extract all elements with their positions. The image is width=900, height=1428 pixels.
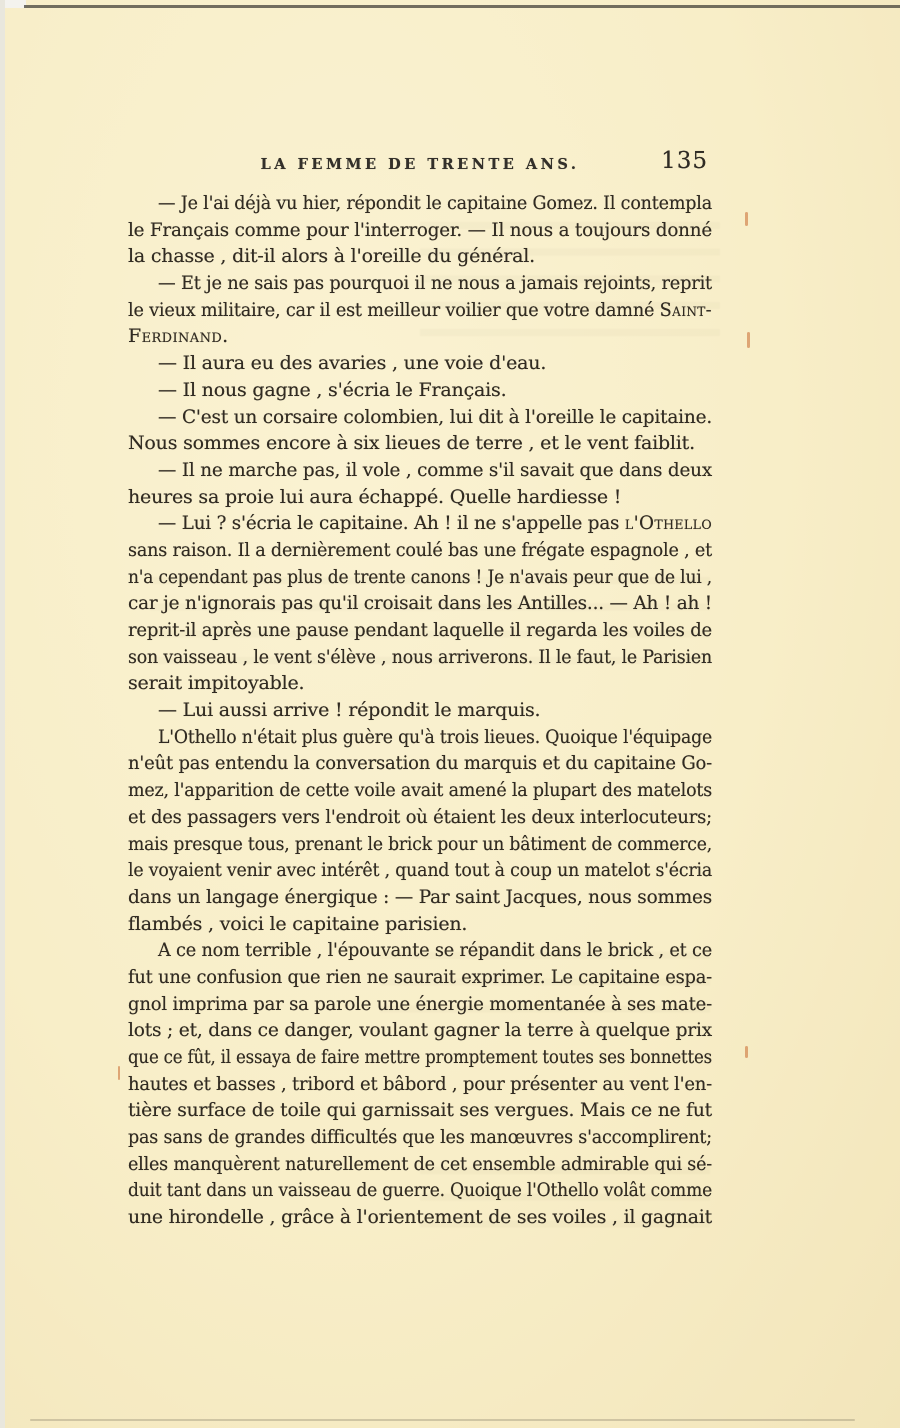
text-line: n'a cependant pas plus de trente canons … [128, 564, 712, 591]
text-line: pas sans de grandes difficultés que les … [128, 1124, 712, 1151]
book-page: LA FEMME DE TRENTE ANS. 135 — Je l'ai dé… [0, 0, 900, 1428]
text-line: mez, l'apparition de cette voile avait a… [128, 777, 712, 804]
header-title: LA FEMME DE TRENTE ANS. [128, 156, 712, 173]
scan-edge-top [24, 5, 900, 8]
text-line: le vieux militaire, car il est meilleur … [128, 297, 712, 324]
text-line: car je n'ignorais pas qu'il croisait dan… [128, 590, 712, 617]
text-line: — Il aura eu des avaries , une voie d'ea… [128, 350, 712, 377]
text-line: la chasse , dit-il alors à l'oreille du … [128, 243, 712, 270]
text-line: n'eût pas entendu la conversation du mar… [128, 750, 712, 777]
text-line: reprit-il après une pause pendant laquel… [128, 617, 712, 644]
text-line: — Il nous gagne , s'écria le Français. [128, 377, 712, 404]
red-ink-mark [747, 332, 750, 348]
red-ink-mark [745, 1046, 748, 1058]
text-line: — Et je ne sais pas pourquoi il ne nous … [128, 270, 712, 297]
text-line: flambés , voici le capitaine parisien. [128, 911, 712, 938]
red-ink-mark [745, 212, 748, 226]
text-line: mais presque tous, prenant le brick pour… [128, 831, 712, 858]
text-line: le voyaient venir avec intérêt , quand t… [128, 857, 712, 884]
text-line: et des passagers vers l'endroit où étaie… [128, 804, 712, 831]
text-line: — Je l'ai déjà vu hier, répondit le capi… [128, 190, 712, 217]
text-line: — Il ne marche pas, il vole , comme s'il… [128, 457, 712, 484]
text-line: gnol imprima par sa parole une énergie m… [128, 991, 712, 1018]
text-line: tière surface de toile qui garnissait se… [128, 1097, 712, 1124]
text-line: — Lui aussi arrive ! répondit le marquis… [128, 697, 712, 724]
text-line: — Lui ? s'écria le capitaine. Ah ! il ne… [128, 510, 712, 537]
text-line: serait impitoyable. [128, 670, 712, 697]
text-line: que ce fût, il essaya de faire mettre pr… [128, 1044, 712, 1071]
text-line: A ce nom terrible , l'épouvante se répan… [128, 937, 712, 964]
red-ink-mark [118, 1066, 120, 1080]
text-line: lots ; et, dans ce danger, voulant gagne… [128, 1017, 712, 1044]
text-line: elles manquèrent naturellement de cet en… [128, 1151, 712, 1178]
text-line: dans un langage énergique : — Par saint … [128, 884, 712, 911]
running-header: LA FEMME DE TRENTE ANS. 135 [128, 152, 712, 182]
scan-edge-bottom [30, 1419, 855, 1421]
text-line: hautes et basses , tribord et bâbord , p… [128, 1071, 712, 1098]
scan-edge-left [0, 0, 5, 1428]
text-line: Nous sommes encore à six lieues de terre… [128, 430, 712, 457]
text-line: duit tant dans un vaisseau de guerre. Qu… [128, 1177, 712, 1204]
text-line: fut une confusion que rien ne saurait ex… [128, 964, 712, 991]
text-line: Ferdinand. [128, 323, 712, 350]
text-line: — C'est un corsaire colombien, lui dit à… [128, 404, 712, 431]
text-line: le Français comme pour l'interroger. — I… [128, 217, 712, 244]
text-line: son vaisseau , le vent s'élève , nous ar… [128, 644, 712, 671]
text-line: heures sa proie lui aura échappé. Quelle… [128, 484, 712, 511]
text-line: une hirondelle , grâce à l'orientement d… [128, 1204, 712, 1231]
text-line: L'Othello n'était plus guère qu'à trois … [128, 724, 712, 751]
page-number: 135 [661, 148, 708, 174]
text-line: sans raison. Il a dernièrement coulé bas… [128, 537, 712, 564]
body-text: — Je l'ai déjà vu hier, répondit le capi… [128, 190, 712, 1231]
